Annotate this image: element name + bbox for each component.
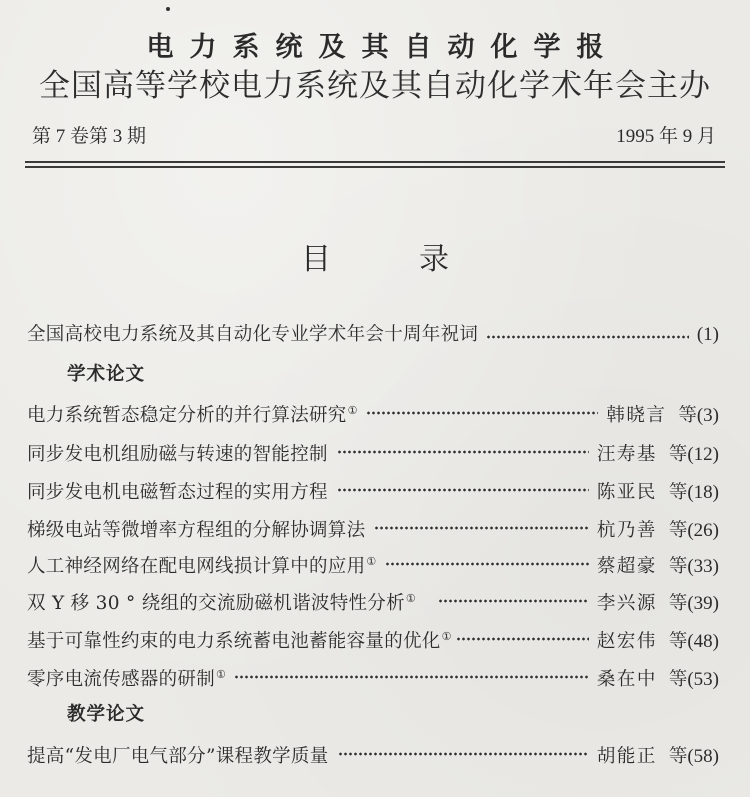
toc-entry-title: 电力系统暂态稳定分析的并行算法研究① — [27, 397, 358, 430]
toc-entry-author: 陈亚民 — [597, 479, 657, 507]
section-heading-teaching: 教学论文 — [67, 701, 145, 729]
toc-entry-title: 基于可靠性约束的电力系统蓄电池蓄能容量的优化① — [27, 623, 452, 656]
header-double-rule — [25, 161, 725, 168]
toc-entry-page: 等(53) — [669, 666, 719, 694]
journal-title: 电力系统及其自动化学报 — [0, 30, 750, 66]
dot-leader — [486, 335, 689, 339]
toc-entry-author: 汪寿基 — [597, 441, 657, 469]
toc-entry-author: 李兴源 — [597, 590, 657, 618]
toc-entry-author: 赵宏伟 — [597, 628, 657, 656]
footnote-mark: ① — [366, 555, 376, 568]
toc-entry-page: 等(18) — [669, 479, 719, 507]
toc-entry-page: 等(39) — [669, 590, 719, 618]
issue-date: 1995 年 9 月 — [616, 124, 716, 150]
toc-entry[interactable]: 人工神经网络在配电网线损计算中的应用① 蔡超豪 等(33) — [27, 548, 719, 576]
toc-entry-title: 双 Y 移 30 ° 绕组的交流励磁机谐波特性分析① — [27, 585, 416, 618]
toc-entry-author: 杭乃善 — [597, 517, 657, 545]
toc-entry-author: 胡能正 — [597, 743, 657, 771]
toc-entry-page: (1) — [697, 321, 719, 349]
ink-speck — [166, 7, 170, 11]
dot-leader — [337, 450, 589, 454]
toc-heading: 目 录 — [0, 240, 750, 280]
toc-entry-author: 桑在中 — [597, 666, 657, 694]
dot-leader — [338, 752, 589, 756]
toc-entry[interactable]: 双 Y 移 30 ° 绕组的交流励磁机谐波特性分析① 李兴源 等(39) — [27, 585, 719, 613]
toc-entry-page: 等(3) — [678, 402, 719, 430]
dot-leader — [337, 488, 589, 492]
toc-entry-preface[interactable]: 全国高校电力系统及其自动化专业学术年会十周年祝词 (1) — [27, 321, 719, 349]
dot-leader — [385, 562, 589, 566]
toc-entry[interactable]: 提高“发电厂电气部分”课程教学质量 胡能正 等(58) — [27, 738, 719, 766]
volume-issue: 第 7 卷第 3 期 — [32, 124, 146, 150]
footnote-mark: ① — [216, 668, 226, 681]
toc-entry-title: 同步发电机电磁暂态过程的实用方程 — [27, 474, 329, 507]
dot-leader — [374, 526, 588, 530]
toc-entry-page: 等(12) — [669, 441, 719, 469]
footnote-mark: ① — [406, 592, 416, 605]
toc-heading-right: 录 — [419, 240, 449, 280]
toc-entry[interactable]: 梯级电站等微增率方程组的分解协调算法 杭乃善 等(26) — [27, 512, 719, 540]
footnote-mark: ① — [442, 630, 452, 643]
toc-entry-title: 零序电流传感器的研制① — [27, 661, 226, 694]
toc-entry-author: 蔡超豪 — [597, 553, 657, 581]
journal-sponsor: 全国高等学校电力系统及其自动化学术年会主办 — [0, 66, 750, 106]
toc-entry-page: 等(33) — [669, 553, 719, 581]
toc-entry[interactable]: 同步发电机电磁暂态过程的实用方程 陈亚民 等(18) — [27, 474, 719, 502]
toc-entry-page: 等(26) — [669, 517, 719, 545]
footnote-mark: ① — [348, 404, 358, 417]
dot-leader — [456, 637, 589, 641]
section-heading-academic: 学术论文 — [67, 361, 145, 389]
dot-leader — [366, 411, 599, 415]
toc-entry-title: 同步发电机组励磁与转速的智能控制 — [27, 436, 329, 469]
toc-entry-page: 等(58) — [669, 743, 719, 771]
toc-entry-title: 人工神经网络在配电网线损计算中的应用① — [27, 548, 377, 581]
dot-leader — [438, 599, 589, 603]
issue-line: 第 7 卷第 3 期 1995 年 9 月 — [32, 124, 716, 150]
toc-entry-title: 梯级电站等微增率方程组的分解协调算法 — [27, 512, 366, 545]
dot-leader — [234, 675, 589, 679]
toc-entry[interactable]: 同步发电机组励磁与转速的智能控制 汪寿基 等(12) — [27, 436, 719, 464]
toc-entry-title: 提高“发电厂电气部分”课程教学质量 — [27, 738, 330, 771]
toc-entry[interactable]: 电力系统暂态稳定分析的并行算法研究① 韩晓言 等(3) — [27, 397, 719, 425]
toc-entry-author: 韩晓言 — [606, 402, 666, 430]
toc-heading-left: 目 — [301, 240, 331, 280]
toc-entry[interactable]: 基于可靠性约束的电力系统蓄电池蓄能容量的优化① 赵宏伟 等(48) — [27, 623, 719, 651]
toc-entry[interactable]: 零序电流传感器的研制① 桑在中 等(53) — [27, 661, 719, 689]
toc-entry-page: 等(48) — [669, 628, 719, 656]
toc-entry-title: 全国高校电力系统及其自动化专业学术年会十周年祝词 — [27, 321, 478, 349]
